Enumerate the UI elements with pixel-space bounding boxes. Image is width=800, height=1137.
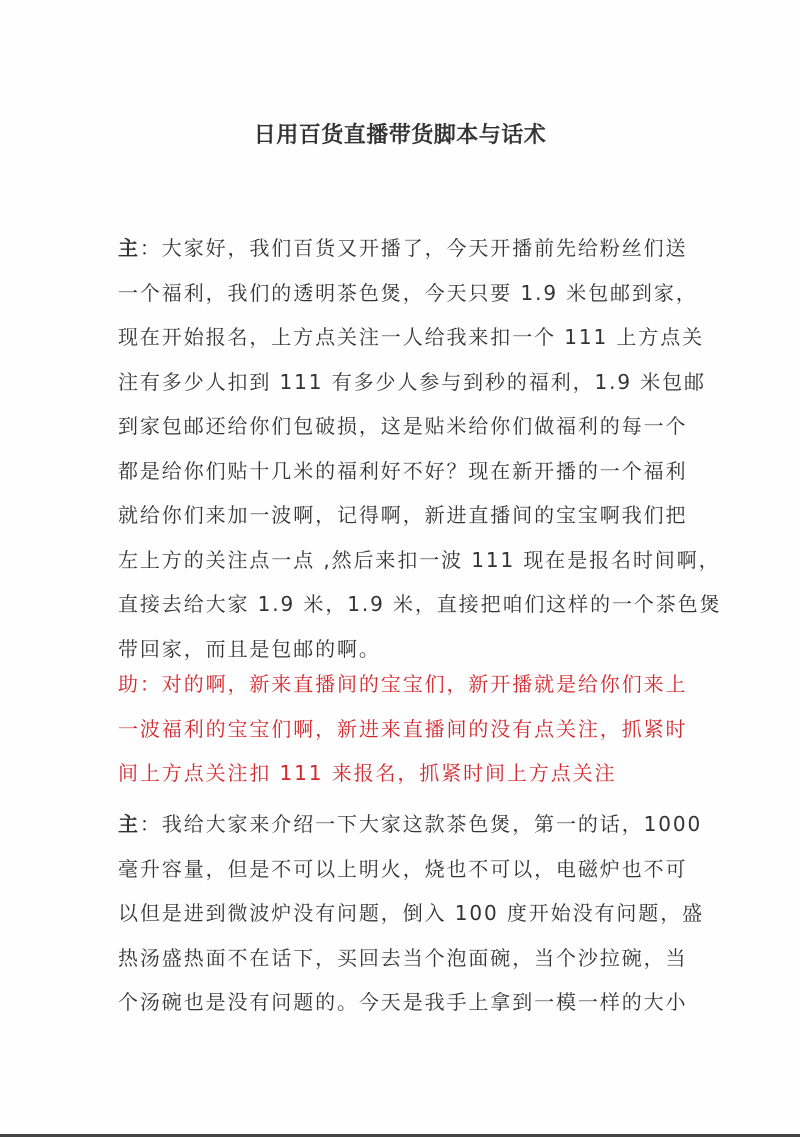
paragraph-line: 主：我给大家来介绍一下大家这款茶色煲，第一的话，1000 — [118, 802, 698, 847]
paragraph-host-2: 主：我给大家来介绍一下大家这款茶色煲，第一的话，1000 毫升容量，但是不可以上… — [118, 802, 698, 1025]
paragraph-line: 毫升容量，但是不可以上明火，烧也不可以，电磁炉也不可 — [118, 847, 698, 892]
paragraph-line: 现在开始报名，上方点关注一人给我来扣一个 111 上方点关 — [118, 315, 698, 360]
paragraph-assistant: 助：对的啊，新来直播间的宝宝们，新开播就是给你们来上 一波福利的宝宝们啊，新进来… — [118, 662, 698, 796]
line-text: ：大家好，我们百货又开播了，今天开播前先给粉丝们送 — [140, 236, 688, 260]
speaker-label: 主 — [118, 236, 140, 260]
speaker-label: 主 — [118, 812, 140, 836]
paragraph-line: 到家包邮还给你们包破损，这是贴米给你们做福利的每一个 — [118, 404, 698, 449]
paragraph-line: 间上方点关注扣 111 来报名，抓紧时间上方点关注 — [118, 751, 698, 796]
paragraph-line: 都是给你们贴十几米的福利好不好？现在新开播的一个福利 — [118, 449, 698, 494]
document-page: 日用百货直播带货脚本与话术 主：大家好，我们百货又开播了，今天开播前先给粉丝们送… — [0, 0, 800, 1134]
paragraph-line: 左上方的关注点一点 ,然后来扣一波 111 现在是报名时间啊， — [118, 538, 698, 583]
paragraph-line: 注有多少人扣到 111 有多少人参与到秒的福利，1.9 米包邮 — [118, 360, 698, 405]
paragraph-line: 热汤盛热面不在话下，买回去当个泡面碗，当个沙拉碗，当 — [118, 936, 698, 981]
paragraph-line: 直接去给大家 1.9 米，1.9 米，直接把咱们这样的一个茶色煲 — [118, 582, 698, 627]
speaker-label: 助 — [118, 672, 140, 696]
line-text: ：对的啊，新来直播间的宝宝们，新开播就是给你们来上 — [140, 672, 688, 696]
paragraph-host-1: 主：大家好，我们百货又开播了，今天开播前先给粉丝们送 一个福利，我们的透明茶色煲… — [118, 226, 698, 671]
paragraph-line: 个汤碗也是没有问题的。今天是我手上拿到一模一样的大小 — [118, 980, 698, 1025]
paragraph-line: 以但是进到微波炉没有问题，倒入 100 度开始没有问题，盛 — [118, 891, 698, 936]
paragraph-line: 助：对的啊，新来直播间的宝宝们，新开播就是给你们来上 — [118, 662, 698, 707]
paragraph-line: 一波福利的宝宝们啊，新进来直播间的没有点关注，抓紧时 — [118, 707, 698, 752]
paragraph-line: 就给你们来加一波啊，记得啊，新进直播间的宝宝啊我们把 — [118, 493, 698, 538]
line-text: ：我给大家来介绍一下大家这款茶色煲，第一的话，1000 — [140, 812, 702, 836]
paragraph-line: 主：大家好，我们百货又开播了，今天开播前先给粉丝们送 — [118, 226, 698, 271]
page-title: 日用百货直播带货脚本与话术 — [0, 118, 800, 149]
paragraph-line: 一个福利，我们的透明茶色煲，今天只要 1.9 米包邮到家， — [118, 271, 698, 316]
